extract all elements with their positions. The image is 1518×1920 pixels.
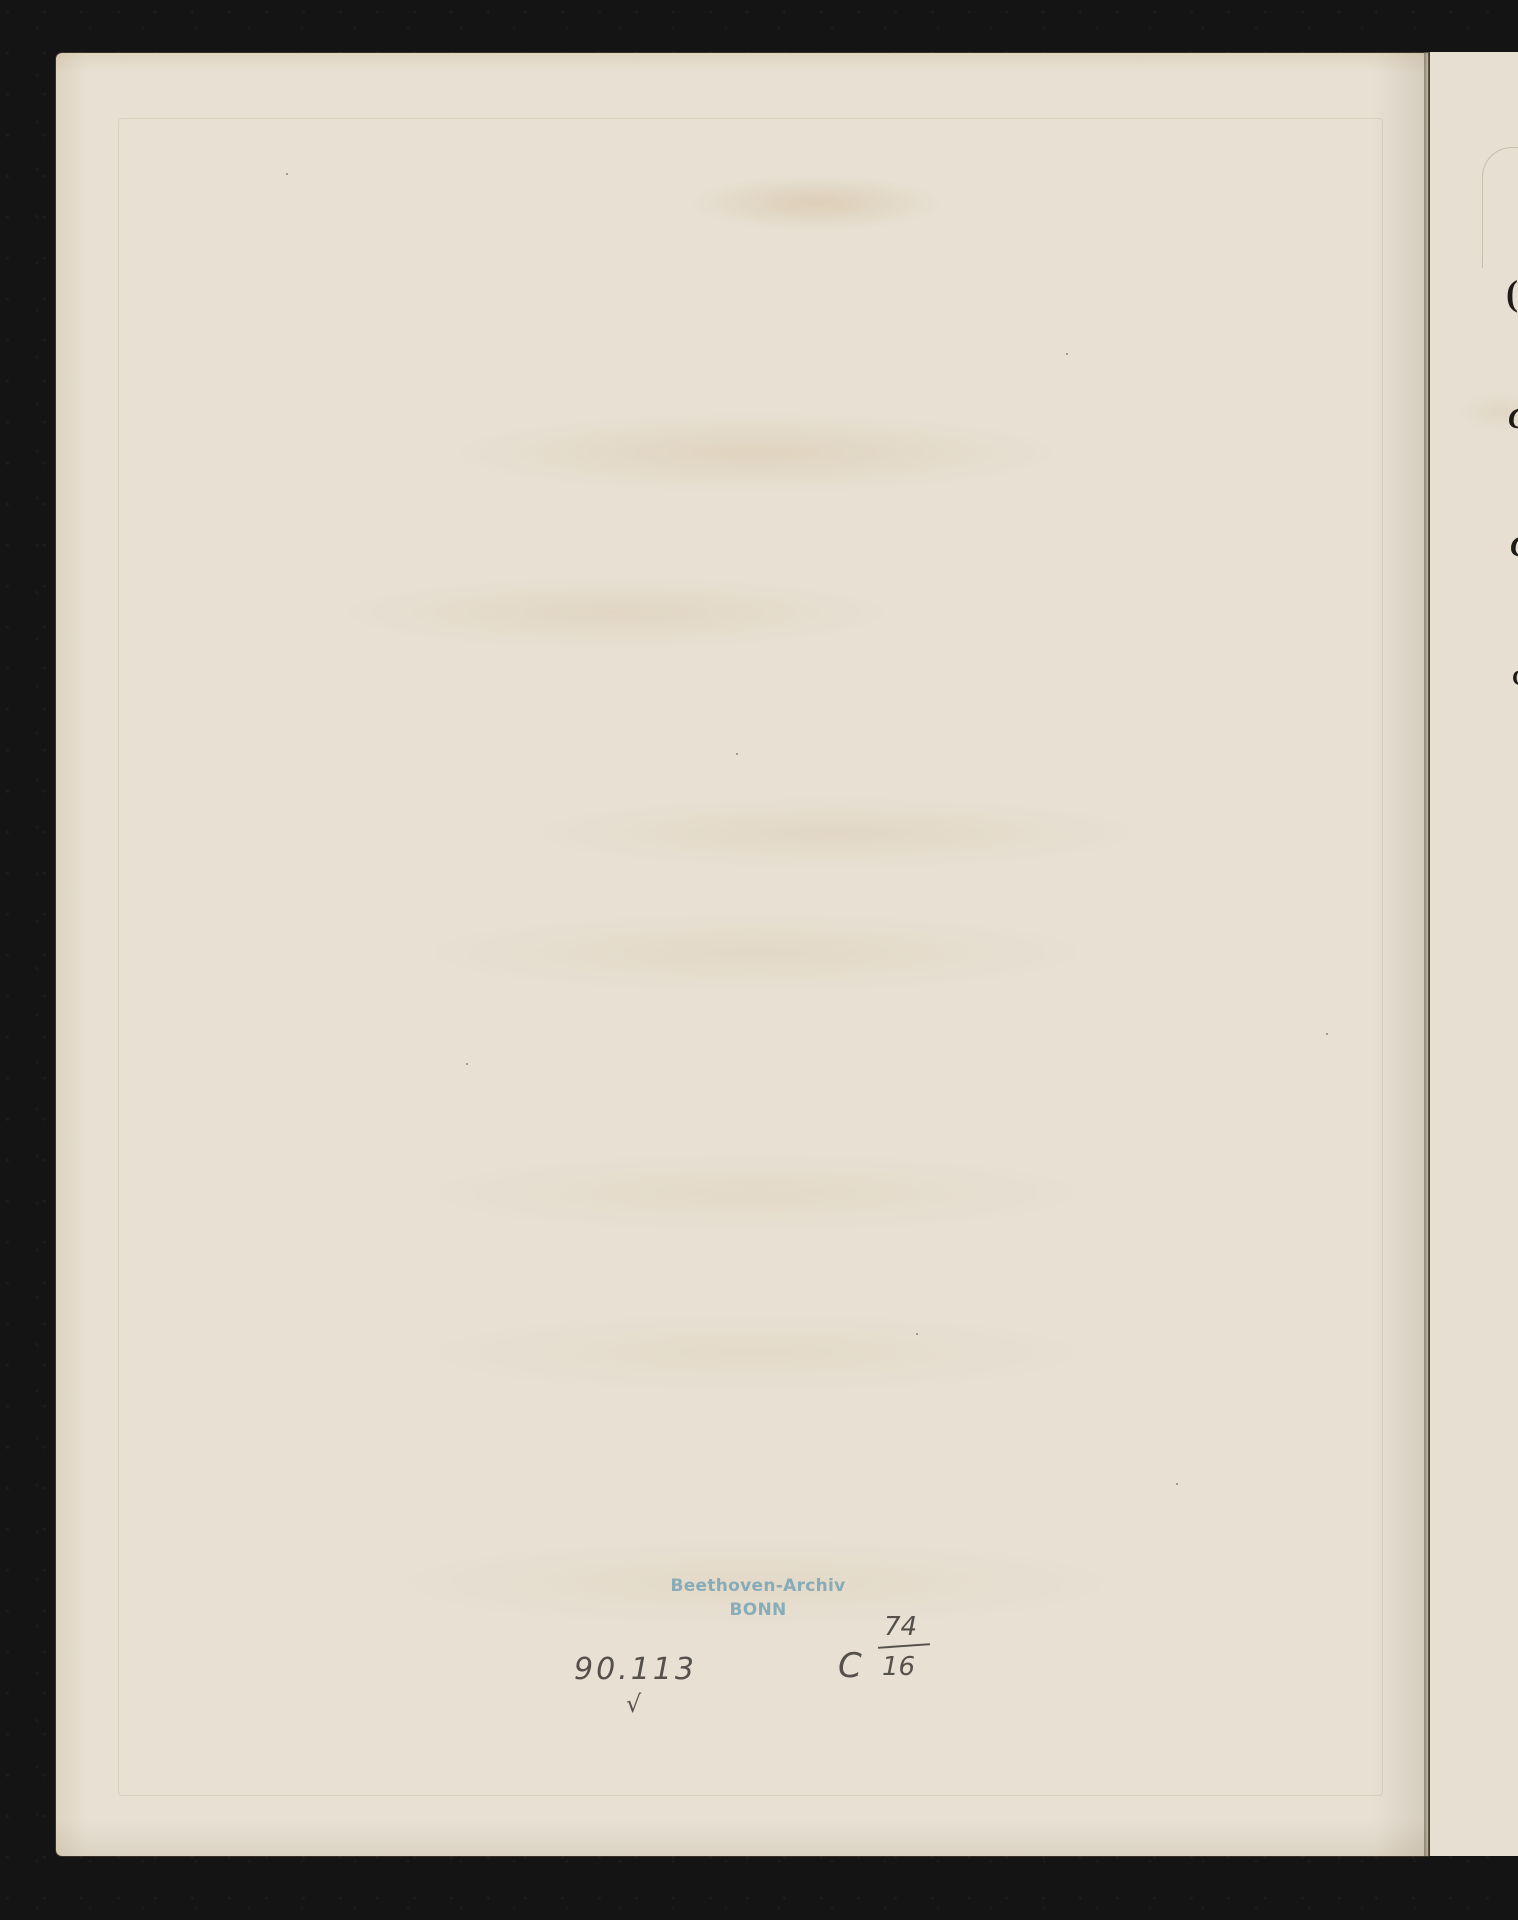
shelfmark-prefix: C (838, 1646, 862, 1686)
paper-speck (466, 1063, 468, 1065)
adjacent-page-glyph: C (1512, 665, 1518, 691)
check-mark-icon: √ (626, 1690, 641, 1718)
paper-speck (736, 753, 738, 755)
shelfmark-denominator: 16 (882, 1652, 915, 1682)
adjacent-page-frame-curve (1482, 147, 1518, 268)
archive-stamp-city: BONN (658, 1598, 858, 1622)
paper-speck (1326, 1033, 1328, 1035)
adjacent-page-glyph: C (1510, 530, 1518, 564)
paper-speck (1066, 353, 1068, 355)
shelfmark-fraction-bar (878, 1643, 930, 1649)
plate-mark-border (118, 118, 1383, 1796)
adjacent-page-edge (1430, 52, 1518, 1856)
shelfmark-numerator: 74 (884, 1612, 917, 1642)
adjacent-page-glyph: C (1508, 402, 1518, 436)
archive-stamp-name: Beethoven-Archiv (658, 1574, 858, 1598)
accession-number: 90.113 (574, 1652, 697, 1687)
archive-stamp: Beethoven-Archiv BONN (658, 1574, 858, 1622)
shelfmark: C 74 16 (838, 1612, 948, 1692)
paper-speck (1176, 1483, 1178, 1485)
paper-speck (916, 1333, 918, 1335)
paper-speck (286, 173, 288, 175)
adjacent-page-glyph: ( (1506, 272, 1518, 314)
